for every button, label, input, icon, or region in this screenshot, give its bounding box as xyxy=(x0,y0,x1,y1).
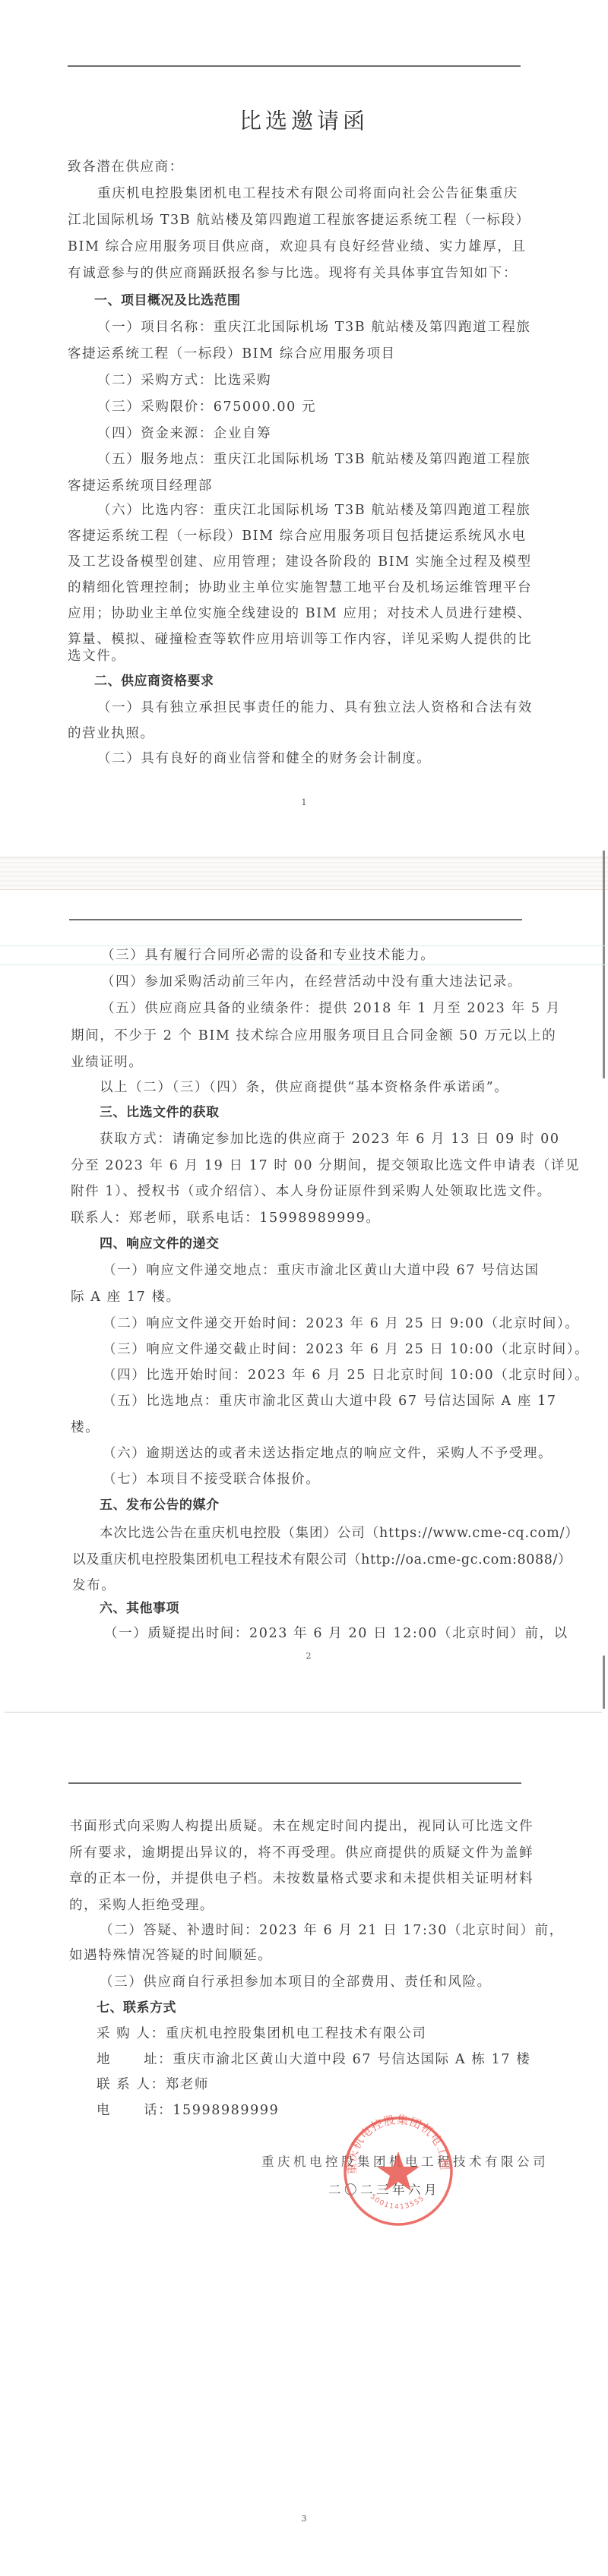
document-title: 比选邀请函 xyxy=(0,104,608,135)
page-number: 2 xyxy=(5,1651,608,1661)
paragraph-line: （二）响应文件递交开始时间：2023 年 6 月 25 日 9:00（北京时间）… xyxy=(103,1315,559,1332)
paragraph-line: （一）具有独立承担民事责任的能力、具有独立法人资格和合法有效 xyxy=(97,699,553,716)
paragraph-line: 楼。 xyxy=(71,1419,527,1436)
paragraph-line: （三）采购限价：675000.00 元 xyxy=(97,399,553,415)
page-number: 3 xyxy=(0,2514,608,2524)
paragraph-line: 如遇特殊情况答疑的时间顺延。 xyxy=(69,1947,525,1964)
header-rule xyxy=(68,65,521,67)
paragraph-line: （一）项目名称：重庆江北国际机场 T3B 航站楼及第四跑道工程旅 xyxy=(97,319,553,336)
intro-line: BIM 综合应用服务项目供应商，欢迎具有良好经营业绩、实力雄厚，且 xyxy=(68,238,524,255)
paragraph-line: （一）质疑提出时间：2023 年 6 月 20 日 12:00（北京时间）前，以 xyxy=(104,1625,560,1642)
page-divider xyxy=(5,1712,602,1713)
paragraph-line: 业绩证明。 xyxy=(71,1054,527,1071)
paragraph-line: 本次比选公告在重庆机电控股（集团）公司（https://www.cme-cq.c… xyxy=(100,1525,556,1542)
paragraph-line: （五）服务地点：重庆江北国际机场 T3B 航站楼及第四跑道工程旅 xyxy=(97,451,553,468)
paragraph-line: 分至 2023 年 6 月 19 日 17 时 00 分期间，提交领取比选文件申… xyxy=(71,1157,527,1174)
contact-person: 联 系 人：郑老师 xyxy=(97,2076,553,2093)
salutation: 致各潜在供应商： xyxy=(68,159,524,175)
section-heading: 五、发布公告的媒介 xyxy=(100,1497,556,1514)
section-heading: 三、比选文件的获取 xyxy=(100,1104,556,1121)
paragraph-line: 际 A 座 17 楼。 xyxy=(71,1289,527,1305)
section-heading: 七、联系方式 xyxy=(97,2000,553,2016)
paragraph-line: 客捷运系统工程（一标段）BIM 综合应用服务项目 xyxy=(68,346,524,362)
paragraph-line: 客捷运系统工程（一标段）BIM 综合应用服务项目包括捷运系统风水电 xyxy=(68,528,524,545)
paragraph-line: （六）逾期送达的或者未送达指定地点的响应文件，采购人不予受理。 xyxy=(103,1445,559,1462)
paragraph-line: （二）具有良好的商业信誉和健全的财务会计制度。 xyxy=(97,750,553,767)
company-seal-icon: 重庆机电控股集团机电工程技术有限公司 5001141355521 xyxy=(341,2114,455,2227)
scan-guide-line xyxy=(0,964,608,965)
contact-purchaser: 采 购 人：重庆机电控股集团机电工程技术有限公司 xyxy=(97,2025,553,2042)
paragraph-line: （二）采购方式：比选采购 xyxy=(97,372,553,389)
page-number: 1 xyxy=(0,797,608,807)
paragraph-line: 所有要求，逾期提出异议的，将不再受理。供应商提供的质疑文件为盖鲜 xyxy=(69,1845,525,1861)
paragraph-line: 选文件。 xyxy=(68,648,524,665)
page-3: 书面形式向采购人构提出质疑。未在规定时间内提出，视同认可比选文件 所有要求，逾期… xyxy=(0,1715,608,2576)
scan-artifact xyxy=(0,857,608,890)
paragraph-line: 期间，不少于 2 个 BIM 技术综合应用服务项目且合同金额 50 万元以上的 xyxy=(71,1028,527,1044)
paragraph-line: 获取方式：请确定参加比选的供应商于 2023 年 6 月 13 日 09 时 0… xyxy=(100,1131,556,1148)
section-heading: 四、响应文件的递交 xyxy=(100,1236,556,1252)
paragraph-line: （三）供应商自行承担参加本项目的全部费用、责任和风险。 xyxy=(100,1974,556,1990)
header-rule xyxy=(68,1782,521,1784)
intro-line: 有诚意参与的供应商踊跃报名参与比选。现将有关具体事宜告知如下： xyxy=(68,265,524,282)
paragraph-line: （六）比选内容：重庆江北国际机场 T3B 航站楼及第四跑道工程旅 xyxy=(97,502,553,519)
paragraph-line: （五）比选地点：重庆市渝北区黄山大道中段 67 号信达国际 A 座 17 xyxy=(103,1393,559,1410)
paragraph-line: 发布。 xyxy=(72,1577,528,1594)
paragraph-line: 算量、模拟、碰撞检查等软件应用培训等工作内容，详见采购人提供的比 xyxy=(68,631,524,648)
paragraph-line: 客捷运系统项目经理部 xyxy=(68,478,524,494)
paragraph-line: 以上（二）（三）（四）条，供应商提供“基本资格条件承诺函”。 xyxy=(100,1079,556,1096)
paragraph-line: 书面形式向采购人构提出质疑。未在规定时间内提出，视同认可比选文件 xyxy=(69,1818,525,1835)
paragraph-line: （四）比选开始时间：2023 年 6 月 25 日北京时间 10:00（北京时间… xyxy=(103,1367,559,1384)
paragraph-line: 的精细化管理控制；协助业主单位实施智慧工地平台及机场运维管理平台 xyxy=(68,579,524,596)
intro-line: 江北国际机场 T3B 航站楼及第四跑道工程旅客捷运系统工程（一标段） xyxy=(68,212,524,229)
page-1: 比选邀请函 致各潜在供应商： 重庆机电控股集团机电工程技术有限公司将面向社会公告… xyxy=(0,0,608,843)
paragraph-line: 应用；协助业主单位实施全线建设的 BIM 应用；对技术人员进行建模、 xyxy=(68,605,524,622)
section-heading: 一、项目概况及比选范围 xyxy=(94,292,550,309)
paragraph-line: （七）本项目不接受联合体报价。 xyxy=(103,1471,559,1488)
paragraph-line: （三）具有履行合同所必需的设备和专业技术能力。 xyxy=(101,947,557,964)
paragraph-line: 的，采购人拒绝受理。 xyxy=(69,1897,525,1914)
paragraph-line: （四）参加采购活动前三年内，在经营活动中没有重大违法记录。 xyxy=(101,974,557,990)
paragraph-line: 章的正本一份，并提供电子档。未按数量格式要求和未提供相关证明材料 xyxy=(69,1870,525,1887)
page-2: （三）具有履行合同所必需的设备和专业技术能力。 （四）参加采购活动前三年内，在经… xyxy=(0,890,608,1710)
paragraph-line: （四）资金来源：企业自筹 xyxy=(97,425,553,442)
paragraph-line: （五）供应商应具备的业绩条件：提供 2018 年 1 月至 2023 年 5 月 xyxy=(101,1000,557,1017)
paragraph-line: 及工艺设备模型创建、应用管理；建设各阶段的 BIM 实施全过程及模型 xyxy=(68,554,524,570)
paragraph-line: 以及重庆机电控股集团机电工程技术有限公司（http://oa.cme-gc.co… xyxy=(72,1552,528,1568)
paragraph-line: （三）响应文件递交截止时间：2023 年 6 月 25 日 10:00（北京时间… xyxy=(103,1341,559,1358)
contact-phone: 电 话：15998989999 xyxy=(97,2102,553,2119)
contact-address: 地 址：重庆市渝北区黄山大道中段 67 号信达国际 A 栋 17 楼 xyxy=(97,2051,553,2068)
paragraph-line: 联系人：郑老师，联系电话：15998989999。 xyxy=(71,1210,527,1226)
paragraph-line: （二）答疑、补遗时间：2023 年 6 月 21 日 17:30（北京时间）前， xyxy=(100,1922,556,1939)
company-seal: 重庆机电控股集团机电工程技术有限公司 5001141355521 xyxy=(341,2114,455,2227)
scan-edge xyxy=(603,1656,605,1709)
intro-line: 重庆机电控股集团机电工程技术有限公司将面向社会公告征集重庆 xyxy=(97,185,553,202)
header-rule xyxy=(69,919,522,920)
paragraph-line: 附件 1）、授权书（或介绍信）、本人身份证原件到采购人处领取比选文件。 xyxy=(71,1183,527,1200)
paragraph-line: （一）响应文件递交地点：重庆市渝北区黄山大道中段 67 号信达国 xyxy=(103,1262,559,1279)
section-heading: 二、供应商资格要求 xyxy=(94,673,550,690)
scan-guide-line xyxy=(0,945,608,946)
section-heading: 六、其他事项 xyxy=(100,1600,556,1617)
paragraph-line: 的营业执照。 xyxy=(68,725,524,742)
